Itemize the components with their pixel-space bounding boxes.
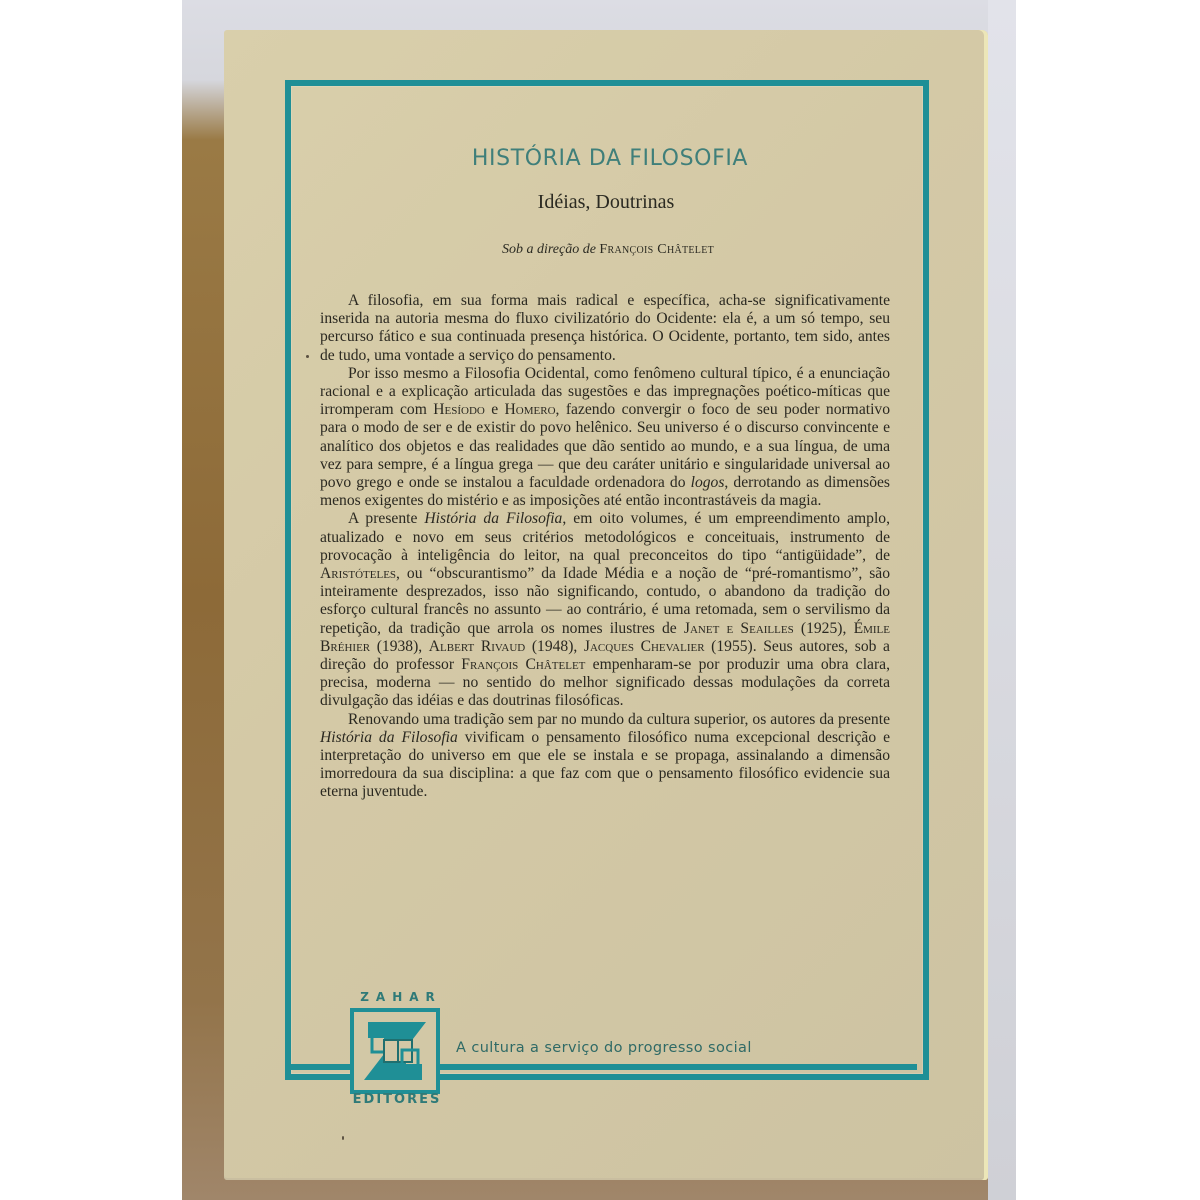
- paper-speck: [306, 355, 309, 358]
- series-subtitle: Idéias, Doutrinas: [0, 191, 1200, 214]
- blurb-paragraph: A presente História da Filosofia, em oit…: [320, 510, 890, 710]
- editor-name: François Châtelet: [599, 242, 714, 257]
- blurb-paragraph: Por isso mesmo a Filosofia Ocidental, co…: [320, 365, 890, 511]
- blurb-paragraph: Renovando uma tradição sem par no mundo …: [320, 711, 890, 802]
- wall-background: [988, 0, 1016, 1200]
- publisher-tagline: A cultura a serviço do progresso social: [456, 1040, 752, 1056]
- editor-credit: Sob a direção de François Châtelet: [0, 242, 1200, 258]
- blurb-text: A filosofia, em sua forma mais radical e…: [320, 292, 890, 802]
- blurb-paragraph: A filosofia, em sua forma mais radical e…: [320, 292, 890, 365]
- publisher-name-bottom: EDITORES: [350, 1092, 444, 1107]
- paper-speck: [342, 1136, 344, 1140]
- zahar-z-book-logo-icon: [350, 1008, 440, 1094]
- publisher-logo: ZAHAR EDITORES: [350, 990, 440, 1110]
- publisher-name-top: ZAHAR: [350, 990, 448, 1004]
- series-title: HISTÓRIA DA FILOSOFIA: [0, 146, 1200, 171]
- editor-credit-prefix: Sob a direção de: [502, 242, 596, 257]
